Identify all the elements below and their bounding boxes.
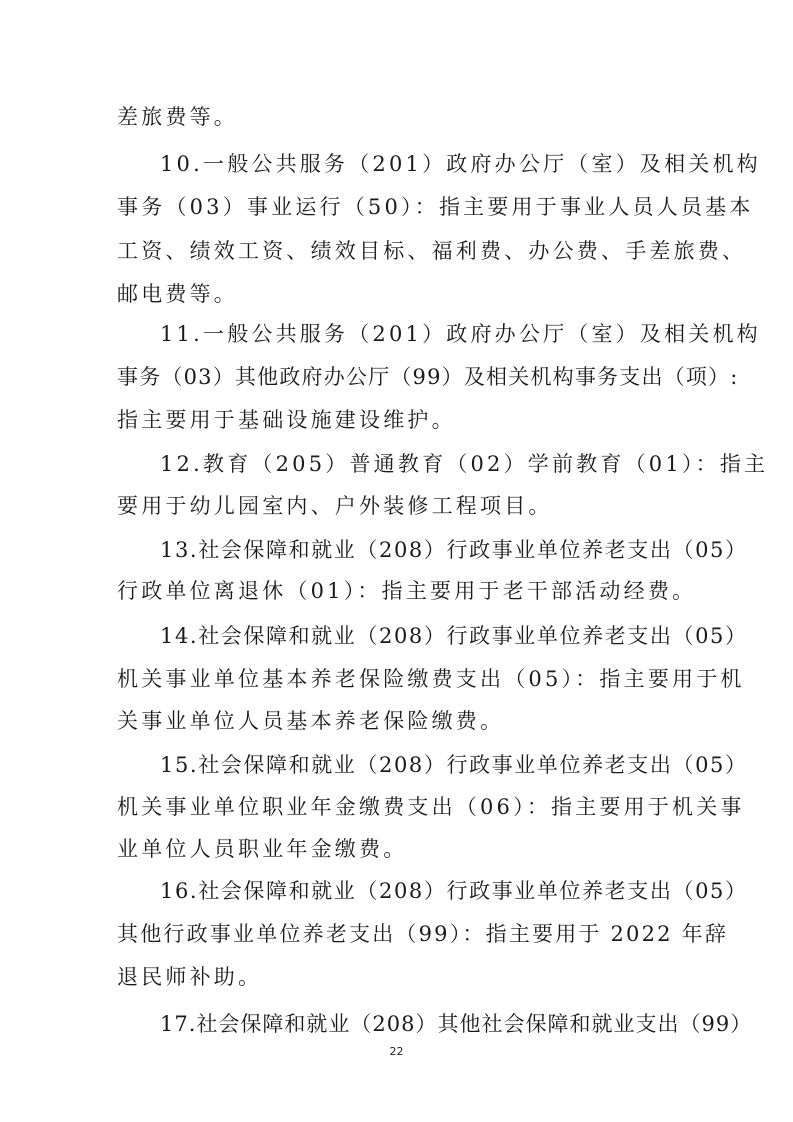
text-line: 工资、绩效工资、绩效目标、福利费、办公费、手差旅费、 [117,238,687,264]
item-17-heading: 17.社会保障和就业（208）其他社会保障和就业支出（99） [160,1011,687,1037]
text-line: 退民师补助。 [117,964,687,990]
text-line: 邮电费等。 [117,281,687,307]
item-11-heading: 11.一般公共服务（201）政府办公厅（室）及相关机构 [160,321,687,347]
item-16-heading: 16.社会保障和就业（208）行政事业单位养老支出（05） [160,878,687,904]
item-12-heading: 12.教育（205）普通教育（02）学前教育（01）：指主 [160,451,687,477]
text-line: 业单位人员职业年金缴费。 [117,836,687,862]
text-line: 事务（03）其他政府办公厅（99）及相关机构事务支出（项）: [117,364,687,390]
text-line: 其他行政事业单位养老支出（99）：指主要用于 2022 年辞 [117,921,687,947]
text-line: 指主要用于基础设施建设维护。 [117,407,687,433]
text-line: 机关事业单位职业年金缴费支出（06）：指主要用于机关事 [117,794,687,820]
text-line: 差旅费等。 [117,104,687,130]
text-line: 关事业单位人员基本养老保险缴费。 [117,708,687,734]
text-line: 机关事业单位基本养老保险缴费支出（05）：指主要用于机 [117,666,687,692]
page-number: 22 [0,1045,793,1058]
text-line: 要用于幼儿园室内、户外装修工程项目。 [117,493,687,519]
text-line: 行政单位离退休（01）：指主要用于老干部活动经费。 [117,578,687,604]
item-10-heading: 10.一般公共服务（201）政府办公厅（室）及相关机构 [160,151,687,177]
item-13-heading: 13.社会保障和就业（208）行政事业单位养老支出（05） [160,537,687,563]
item-15-heading: 15.社会保障和就业（208）行政事业单位养老支出（05） [160,752,687,778]
text-line: 事务（03）事业运行（50）：指主要用于事业人员人员基本 [117,194,687,220]
item-14-heading: 14.社会保障和就业（208）行政事业单位养老支出（05） [160,623,687,649]
